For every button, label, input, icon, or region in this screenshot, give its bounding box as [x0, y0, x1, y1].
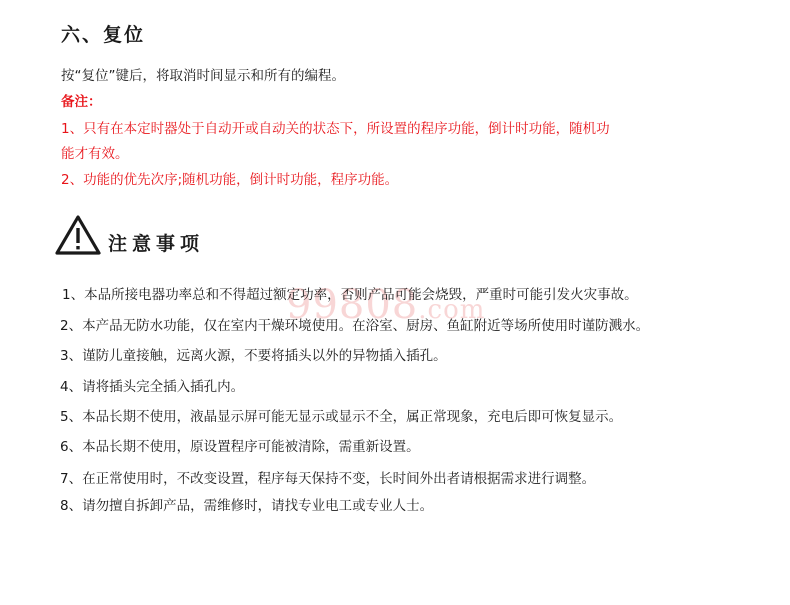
warning-triangle-icon: [54, 214, 102, 256]
note-1-line-2: 能才有效。: [61, 142, 129, 162]
caution-item-7: 7、在正常使用时，不改变设置，程序每天保持不变，长时间外出者请根据需求进行调整。: [60, 467, 595, 487]
cautions-title: 注意事项: [108, 229, 204, 256]
caution-item-6: 6、本品长期不使用，原设置程序可能被清除，需重新设置。: [60, 435, 420, 455]
caution-item-5: 5、本品长期不使用，液晶显示屏可能无显示或显示不全，属正常现象，充电后即可恢复显…: [60, 405, 622, 425]
note-label: 备注：: [61, 90, 102, 110]
note-1-line-1: 1、只有在本定时器处于自动开或自动关的状态下，所设置的程序功能，倒计时功能，随机…: [61, 117, 610, 137]
note-2: 2、功能的优先次序;随机功能，倒计时功能，程序功能。: [61, 168, 398, 188]
reset-description: 按“复位”键后，将取消时间显示和所有的编程。: [61, 64, 345, 84]
caution-item-8: 8、请勿擅自拆卸产品，需维修时，请找专业电工或专业人士。: [60, 494, 433, 514]
caution-item-3: 3、谨防儿童接触，远离火源，不要将插头以外的异物插入插孔。: [60, 344, 447, 364]
caution-item-4: 4、请将插头完全插入插孔内。: [60, 375, 244, 395]
section-title-reset: 六、复位: [61, 20, 145, 47]
caution-item-2: 2、本产品无防水功能，仅在室内干燥环境使用。在浴室、厨房、鱼缸附近等场所使用时谨…: [60, 314, 649, 334]
caution-item-1: 1、本品所接电器功率总和不得超过额定功率，否则产品可能会烧毁，严重时可能引发火灾…: [62, 283, 638, 303]
